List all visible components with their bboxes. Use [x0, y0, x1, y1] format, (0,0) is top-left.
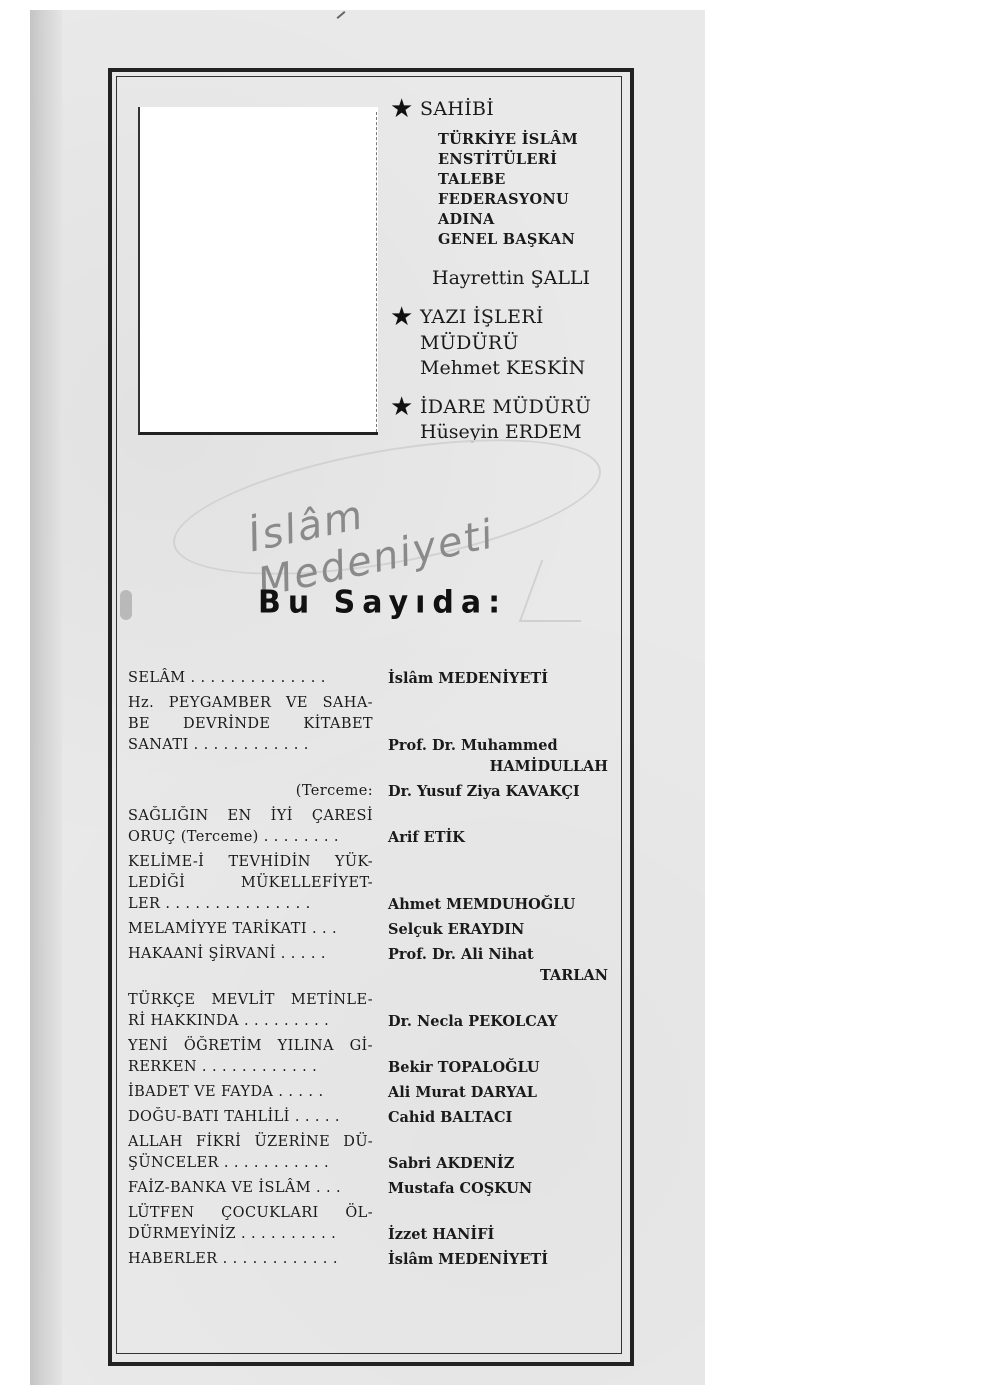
toc-title-line: Rİ HAKKINDA . . . . . . . . .	[128, 1011, 373, 1032]
star-icon: ★	[390, 96, 420, 122]
toc-entry-title: DOĞU-BATI TAHLİLİ . . . . .	[128, 1107, 373, 1128]
toc-entry-title: FAİZ-BANKA VE İSLÂM . . .	[128, 1178, 373, 1199]
toc-entry-title: (Terceme:	[128, 781, 373, 802]
toc-entry-title: İBADET VE FAYDA . . . . .	[128, 1082, 373, 1103]
toc-entry: (Terceme:Dr. Yusuf Ziya KAVAKÇI	[128, 781, 608, 802]
masthead-divider	[376, 112, 377, 432]
toc-title-line: (Terceme:	[128, 781, 373, 802]
toc-author-line: Selçuk ERAYDIN	[388, 919, 608, 940]
toc-title-line: ALLAH FİKRİ ÜZERİNE DÜ-	[128, 1132, 373, 1153]
organization-line: FEDERASYONU	[438, 190, 620, 210]
toc-author-line: İslâm MEDENİYETİ	[388, 1249, 608, 1270]
toc-title-line: LÜTFEN ÇOCUKLARI ÖL-	[128, 1203, 373, 1224]
manager-label: İDARE MÜDÜRÜ	[420, 394, 591, 420]
toc-author-line: Dr. Necla PEKOLCAY	[388, 1011, 608, 1032]
toc-entry-title: TÜRKÇE MEVLİT METİNLE-Rİ HAKKINDA . . . …	[128, 990, 373, 1032]
toc-entry-author: Ali Murat DARYAL	[388, 1082, 608, 1103]
toc-entry: SAĞLIĞIN EN İYİ ÇARESİORUÇ (Terceme) . .…	[128, 806, 608, 848]
toc-title-line: SAĞLIĞIN EN İYİ ÇARESİ	[128, 806, 373, 827]
toc-entry: ALLAH FİKRİ ÜZERİNE DÜ-ŞÜNCELER . . . . …	[128, 1132, 608, 1174]
toc-title-line: DÜRMEYİNİZ . . . . . . . . . .	[128, 1224, 373, 1245]
toc-title-line: HABERLER . . . . . . . . . . . .	[128, 1249, 373, 1270]
toc-entry-author: Prof. Dr. Ali NihatTARLAN	[388, 944, 608, 986]
handwritten-note: İslâm Medeniyeti	[230, 440, 590, 550]
section-heading: Bu Sayıda:	[258, 584, 507, 621]
toc-entry-author: Selçuk ERAYDIN	[388, 919, 608, 940]
organization-line: TÜRKİYE İSLÂM	[438, 130, 620, 150]
toc-author-line: Ahmet MEMDUHOĞLU	[388, 894, 608, 915]
star-icon: ★	[390, 304, 420, 330]
toc-entry-author: Bekir TOPALOĞLU	[388, 1036, 608, 1078]
toc-author-line: Cahid BALTACI	[388, 1107, 608, 1128]
toc-entry: YENİ ÖĞRETİM YILINA Gİ-RERKEN . . . . . …	[128, 1036, 608, 1078]
toc-entry: SELÂM . . . . . . . . . . . . . .İslâm M…	[128, 668, 608, 689]
toc-entry: TÜRKÇE MEVLİT METİNLE-Rİ HAKKINDA . . . …	[128, 990, 608, 1032]
toc-entry-author: Ahmet MEMDUHOĞLU	[388, 852, 608, 915]
toc-author-line: Mustafa COŞKUN	[388, 1178, 608, 1199]
toc-title-line: SANATI . . . . . . . . . . . .	[128, 735, 373, 756]
organization-line: ENSTİTÜLERİ	[438, 150, 620, 170]
toc-entry-title: SAĞLIĞIN EN İYİ ÇARESİORUÇ (Terceme) . .…	[128, 806, 373, 848]
editor-name: Mehmet KESKİN	[420, 356, 585, 380]
toc-entry-author: İzzet HANİFİ	[388, 1203, 608, 1245]
editor-label: YAZI İŞLERİ	[420, 304, 585, 330]
editor-label: MÜDÜRÜ	[420, 330, 585, 356]
toc-title-line: MELAMİYYE TARİKATI . . .	[128, 919, 373, 940]
toc-author-line: Ali Murat DARYAL	[388, 1082, 608, 1103]
toc-entry-author: Prof. Dr. MuhammedHAMİDULLAH	[388, 693, 608, 777]
toc-entry-title: SELÂM . . . . . . . . . . . . . .	[128, 668, 373, 689]
binding-hole-mark	[120, 590, 132, 620]
toc-title-line: ORUÇ (Terceme) . . . . . . . .	[128, 827, 373, 848]
toc-title-line: KELİME-İ TEVHİDİN YÜK-	[128, 852, 373, 873]
toc-entry: KELİME-İ TEVHİDİN YÜK-LEDİĞİ MÜKELLEFİYE…	[128, 852, 608, 915]
table-of-contents: SELÂM . . . . . . . . . . . . . .İslâm M…	[128, 668, 608, 1274]
toc-entry-author: Cahid BALTACI	[388, 1107, 608, 1128]
toc-entry-author: İslâm MEDENİYETİ	[388, 668, 608, 689]
toc-title-line: SELÂM . . . . . . . . . . . . . .	[128, 668, 373, 689]
toc-entry: İBADET VE FAYDA . . . . .Ali Murat DARYA…	[128, 1082, 608, 1103]
toc-author-line: Prof. Dr. Ali Nihat	[388, 944, 608, 965]
toc-entry-author: Sabri AKDENİZ	[388, 1132, 608, 1174]
toc-author-line: İzzet HANİFİ	[388, 1224, 608, 1245]
toc-author-line: Prof. Dr. Muhammed	[388, 735, 608, 756]
toc-entry-title: HABERLER . . . . . . . . . . . .	[128, 1249, 373, 1270]
manager-section: ★ İDARE MÜDÜRÜ Hüseyin ERDEM	[390, 394, 620, 444]
toc-entry: HAKAANİ ŞİRVANİ . . . . .Prof. Dr. Ali N…	[128, 944, 608, 986]
organization-line: ADINA	[438, 210, 620, 230]
toc-title-line: RERKEN . . . . . . . . . . . .	[128, 1057, 373, 1078]
toc-author-line: Bekir TOPALOĞLU	[388, 1057, 608, 1078]
organization-line: TALEBE	[438, 170, 620, 190]
toc-title-line: LEDİĞİ MÜKELLEFİYET-	[128, 873, 373, 894]
toc-title-line: HAKAANİ ŞİRVANİ . . . . .	[128, 944, 373, 965]
toc-entry-title: Hz. PEYGAMBER VE SAHA-BE DEVRİNDE KİTABE…	[128, 693, 373, 777]
toc-author-line: TARLAN	[388, 965, 608, 986]
toc-title-line: BE DEVRİNDE KİTABET	[128, 714, 373, 735]
toc-entry-author: Dr. Yusuf Ziya KAVAKÇI	[388, 781, 608, 802]
toc-entry-title: HAKAANİ ŞİRVANİ . . . . .	[128, 944, 373, 986]
toc-entry: MELAMİYYE TARİKATI . . .Selçuk ERAYDIN	[128, 919, 608, 940]
toc-title-line: FAİZ-BANKA VE İSLÂM . . .	[128, 1178, 373, 1199]
toc-entry-title: KELİME-İ TEVHİDİN YÜK-LEDİĞİ MÜKELLEFİYE…	[128, 852, 373, 915]
toc-entry-title: LÜTFEN ÇOCUKLARI ÖL-DÜRMEYİNİZ . . . . .…	[128, 1203, 373, 1245]
toc-author-line: Arif ETİK	[388, 827, 608, 848]
toc-title-line: YENİ ÖĞRETİM YILINA Gİ-	[128, 1036, 373, 1057]
toc-entry-author: İslâm MEDENİYETİ	[388, 1249, 608, 1270]
toc-title-line: ŞÜNCELER . . . . . . . . . . .	[128, 1153, 373, 1174]
toc-author-line: Dr. Yusuf Ziya KAVAKÇI	[388, 781, 608, 802]
toc-entry-author: Mustafa COŞKUN	[388, 1178, 608, 1199]
page-edge-stain	[30, 10, 62, 1385]
toc-entry: LÜTFEN ÇOCUKLARI ÖL-DÜRMEYİNİZ . . . . .…	[128, 1203, 608, 1245]
toc-author-line: İslâm MEDENİYETİ	[388, 668, 608, 689]
toc-title-line: LER . . . . . . . . . . . . . . .	[128, 894, 373, 915]
toc-entry: FAİZ-BANKA VE İSLÂM . . .Mustafa COŞKUN	[128, 1178, 608, 1199]
redacted-logo-area	[138, 107, 378, 435]
toc-title-line: Hz. PEYGAMBER VE SAHA-	[128, 693, 373, 714]
organization-name: TÜRKİYE İSLÂM ENSTİTÜLERİ TALEBE FEDERAS…	[438, 130, 620, 250]
owner-label: SAHİBİ	[420, 96, 494, 122]
owner-name: Hayrettin ŞALLI	[432, 266, 620, 290]
toc-author-line: Sabri AKDENİZ	[388, 1153, 608, 1174]
toc-entry: Hz. PEYGAMBER VE SAHA-BE DEVRİNDE KİTABE…	[128, 693, 608, 777]
star-icon: ★	[390, 394, 420, 420]
toc-title-line: İBADET VE FAYDA . . . . .	[128, 1082, 373, 1103]
toc-title-line: DOĞU-BATI TAHLİLİ . . . . .	[128, 1107, 373, 1128]
organization-line: GENEL BAŞKAN	[438, 230, 620, 250]
toc-entry-author: Arif ETİK	[388, 806, 608, 848]
toc-entry-title: YENİ ÖĞRETİM YILINA Gİ-RERKEN . . . . . …	[128, 1036, 373, 1078]
masthead-credits: ★ SAHİBİ TÜRKİYE İSLÂM ENSTİTÜLERİ TALEB…	[390, 96, 620, 444]
editor-section: ★ YAZI İŞLERİ MÜDÜRÜ Mehmet KESKİN	[390, 304, 620, 380]
toc-author-line: HAMİDULLAH	[388, 756, 608, 777]
owner-section: ★ SAHİBİ	[390, 96, 620, 122]
toc-entry-title: ALLAH FİKRİ ÜZERİNE DÜ-ŞÜNCELER . . . . …	[128, 1132, 373, 1174]
toc-entry-title: MELAMİYYE TARİKATI . . .	[128, 919, 373, 940]
toc-entry: DOĞU-BATI TAHLİLİ . . . . .Cahid BALTACI	[128, 1107, 608, 1128]
toc-entry-author: Dr. Necla PEKOLCAY	[388, 990, 608, 1032]
toc-title-line: TÜRKÇE MEVLİT METİNLE-	[128, 990, 373, 1011]
toc-entry: HABERLER . . . . . . . . . . . .İslâm ME…	[128, 1249, 608, 1270]
